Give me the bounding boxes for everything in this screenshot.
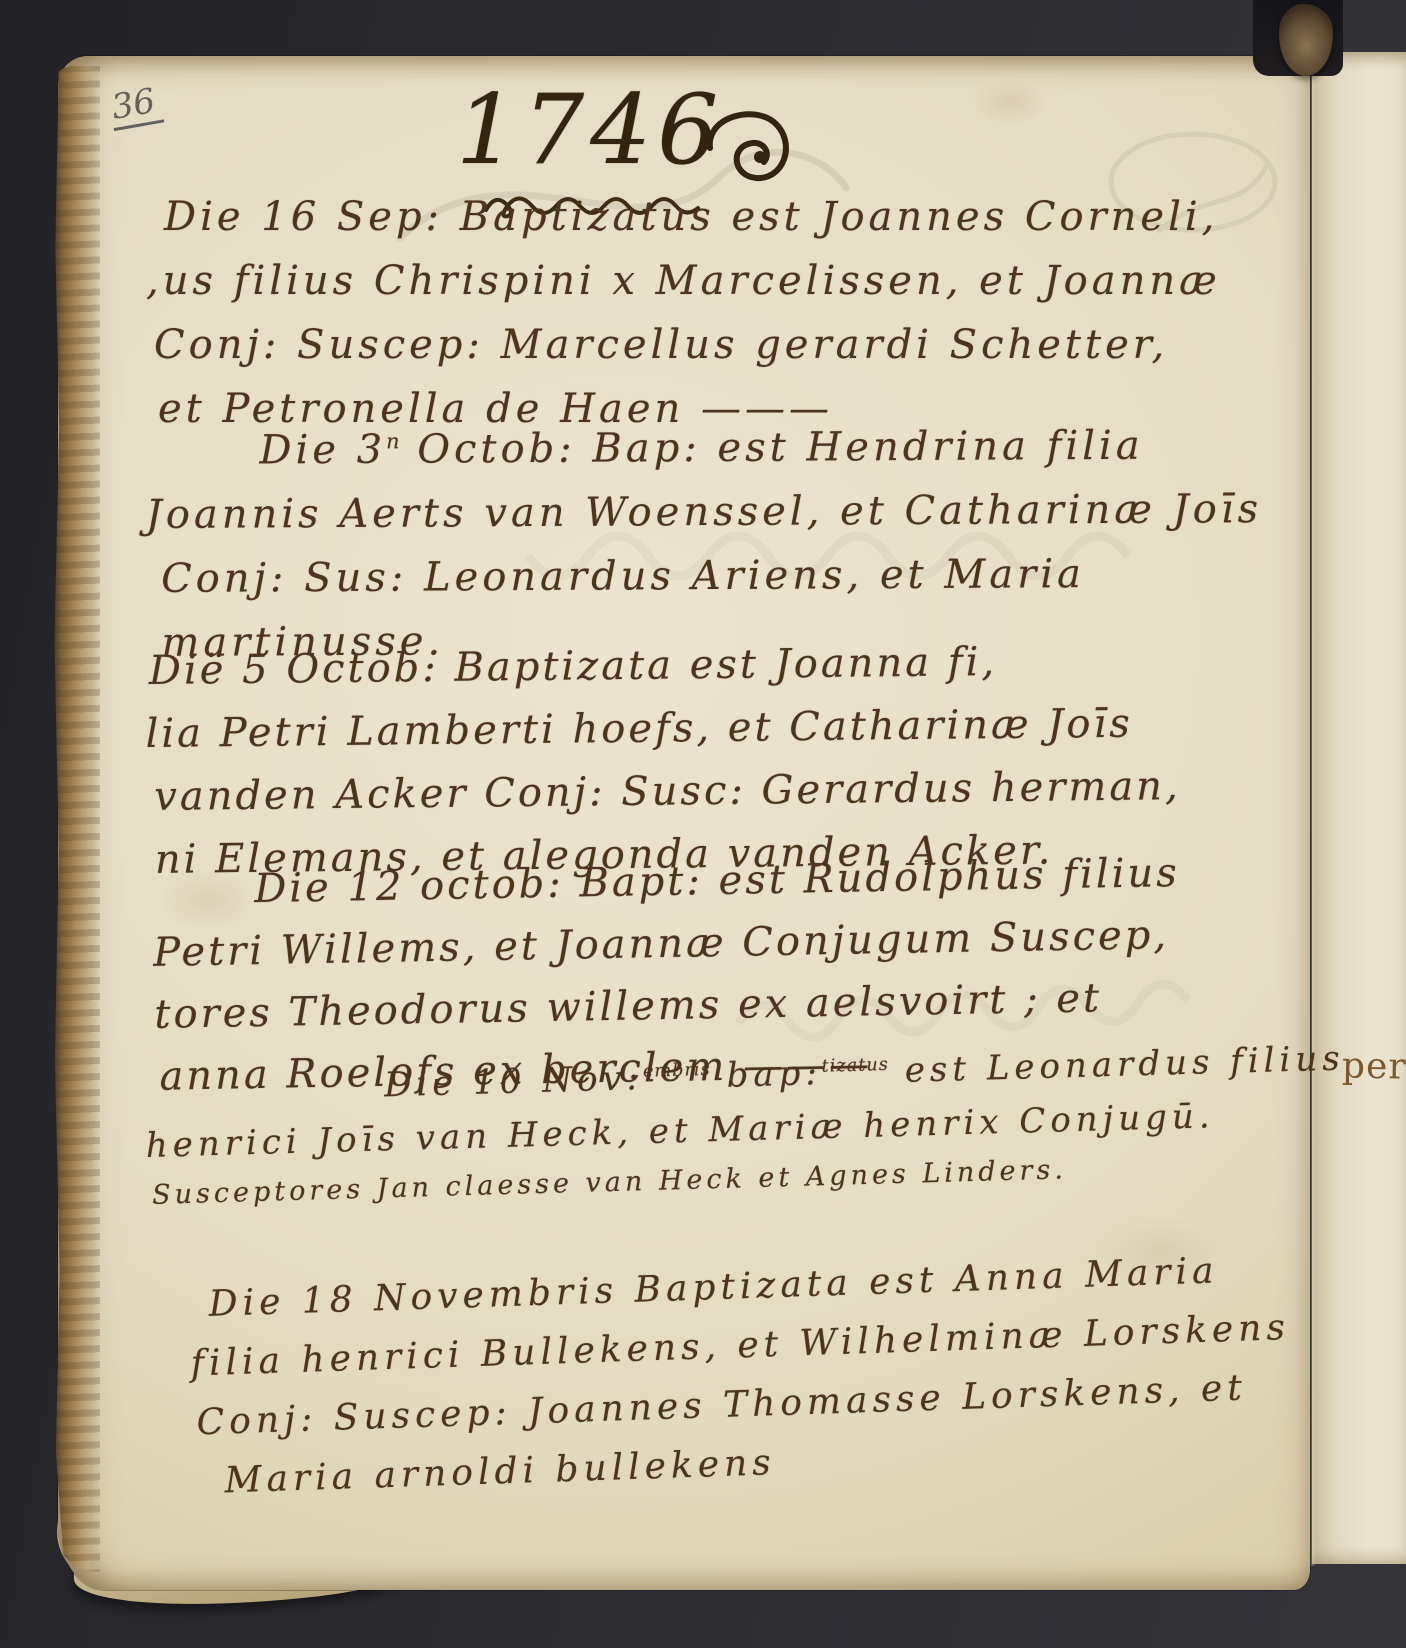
year-text: 1746 (456, 74, 724, 186)
manuscript-page: 36 1746 Die 16 Sep: Baptizatus est Joann… (58, 56, 1310, 1590)
page-stack-edge (52, 66, 100, 1572)
entry-text: Die 10 Nov: (384, 1058, 644, 1105)
entry-line: vanden Acker Conj: Susc: Gerardus herman… (146, 762, 1267, 837)
facing-page-text: per (1342, 1045, 1406, 1087)
book-scan: per 36 1746 (0, 0, 1406, 1648)
entry-line: ,us filius Chrispini x Marcelissen, et J… (146, 258, 1266, 322)
entry-line: Joannis Aerts van Woenssel, et Catharinæ… (146, 486, 1266, 556)
page-number: 36 (107, 80, 165, 131)
entry-text: Die 3 (259, 427, 386, 474)
entry-line: Conj: Sus: Leonardus Ariens, et Maria (146, 550, 1266, 620)
entry-line: Conj: Suscep: Marcellus gerardi Schetter… (146, 322, 1266, 386)
entry-text: Octob: Bap: est Hendrina filia (400, 423, 1143, 473)
superscript-text: tizatus (821, 1055, 889, 1077)
entry-line: Die 16 Sep: Baptizatus est Joannes Corne… (146, 194, 1266, 258)
facing-page-edge: per (1312, 52, 1406, 1564)
superscript-text: n (386, 429, 401, 453)
entry-text: bap: (710, 1053, 822, 1096)
baptism-entry-6: Die 18 Novembris Baptizata est Anna Mari… (142, 1249, 1269, 1522)
entry-line: Die 3n Octob: Bap: est Hendrina filia (145, 422, 1265, 492)
baptism-entry-5: Die 10 Nov:embris bap:tizatus est Leonar… (144, 1041, 1268, 1234)
year-heading: 1746 (456, 74, 724, 186)
baptism-entry-1: Die 16 Sep: Baptizatus est Joannes Corne… (146, 194, 1266, 450)
entry-line: lia Petri Lamberti hoefs, et Catharinæ J… (145, 699, 1266, 774)
superscript-text: embris (643, 1060, 711, 1082)
entry-line: Dië 5 Octob: Baptizata est Joanna fi, (145, 636, 1266, 711)
